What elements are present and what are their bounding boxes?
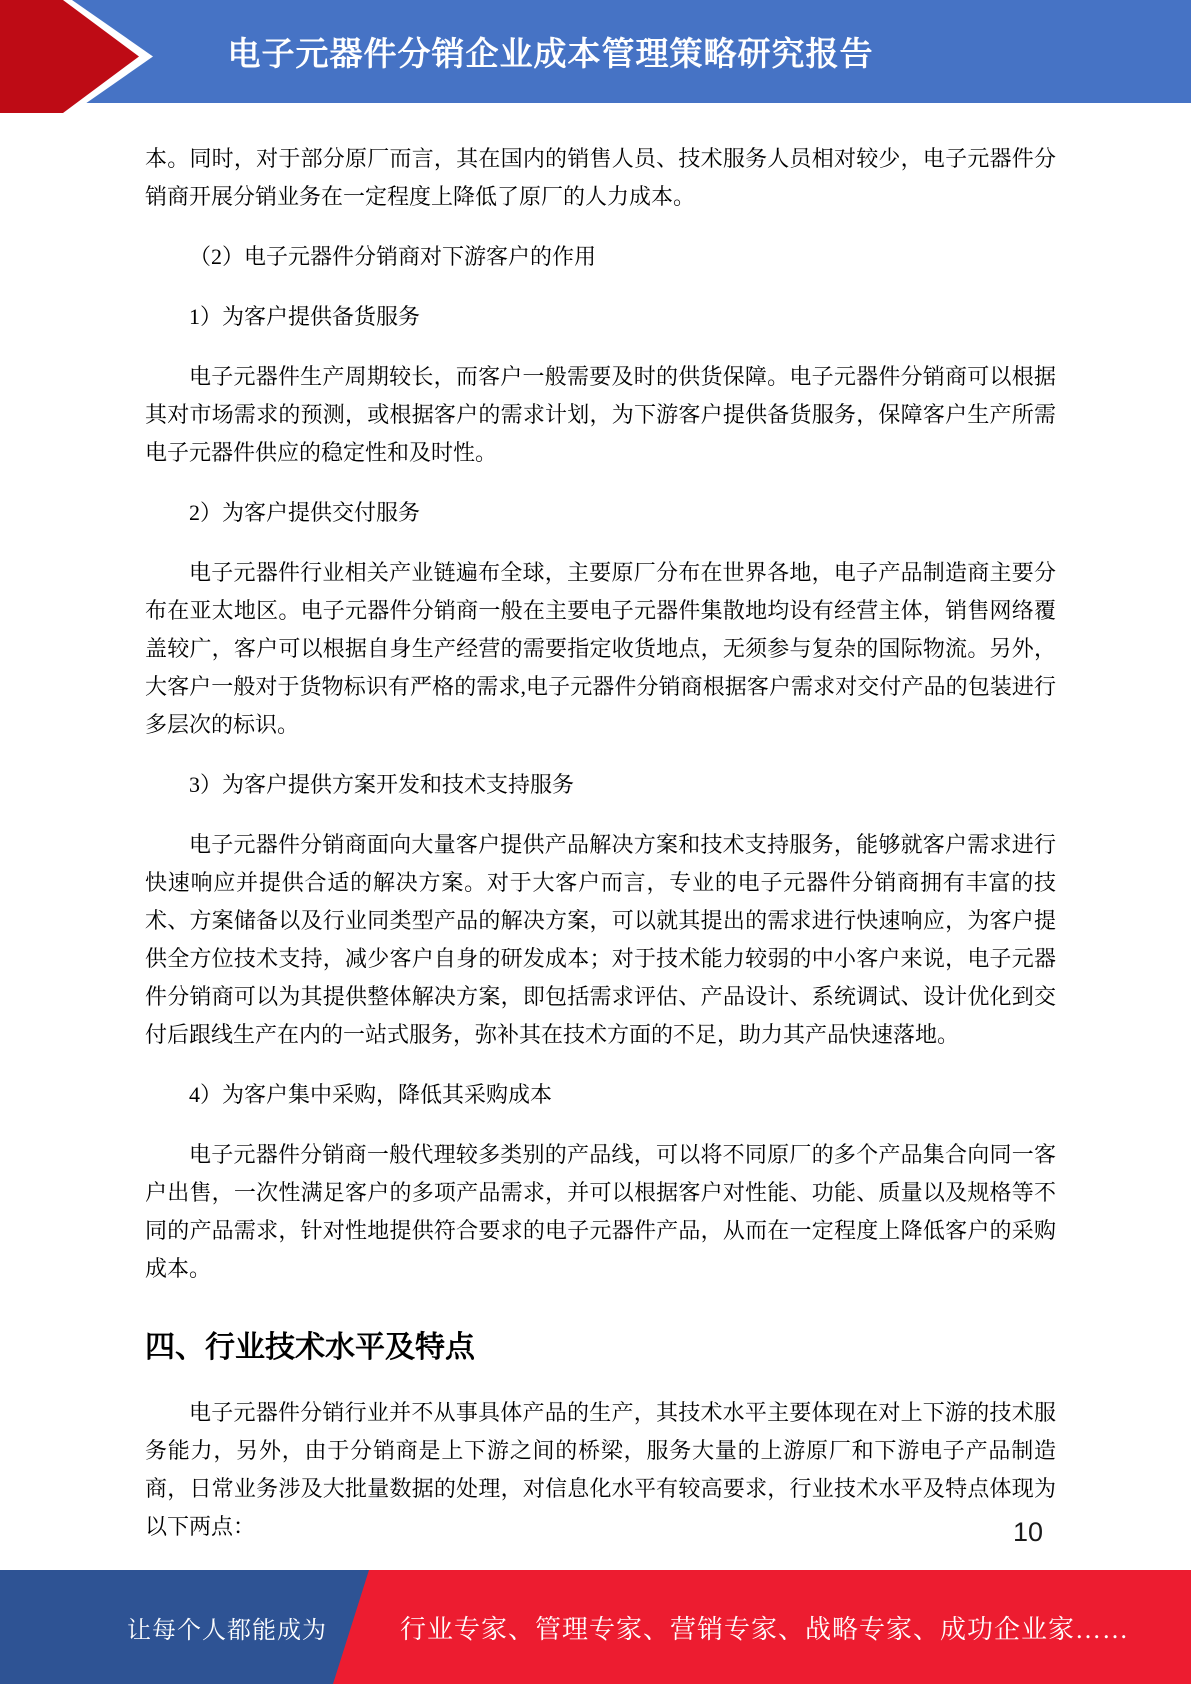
sub-heading: 3）为客户提供方案开发和技术支持服务 — [145, 766, 1056, 804]
footer-slogan-left: 让每个人都能成为 — [0, 1570, 327, 1684]
sub-heading: 1）为客户提供备货服务 — [145, 298, 1056, 336]
paragraph: 电子元器件行业相关产业链遍布全球，主要原厂分布在世界各地，电子产品制造商主要分布… — [145, 554, 1056, 744]
report-page: 电子元器件分销企业成本管理策略研究报告 本。同时，对于部分原厂而言，其在国内的销… — [0, 0, 1191, 1684]
section-heading: 四、行业技术水平及特点 — [145, 1326, 1056, 1370]
page-number: 10 — [1013, 1516, 1043, 1548]
footer-slogan-right: 行业专家、管理专家、营销专家、战略专家、成功企业家…… — [400, 1570, 1191, 1684]
paragraph: 电子元器件生产周期较长，而客户一般需要及时的供货保障。电子元器件分销商可以根据其… — [145, 358, 1056, 472]
document-body: 本。同时，对于部分原厂而言，其在国内的销售人员、技术服务人员相对较少，电子元器件… — [145, 140, 1056, 1546]
sub-heading: 2）为客户提供交付服务 — [145, 494, 1056, 532]
header-banner: 电子元器件分销企业成本管理策略研究报告 — [0, 0, 1191, 103]
paragraph: 电子元器件分销商面向大量客户提供产品解决方案和技术支持服务，能够就客户需求进行快… — [145, 826, 1056, 1054]
sub-heading: 4）为客户集中采购，降低其采购成本 — [145, 1076, 1056, 1114]
report-title: 电子元器件分销企业成本管理策略研究报告 — [0, 0, 1191, 103]
sub-heading: （2）电子元器件分销商对下游客户的作用 — [145, 238, 1056, 276]
paragraph: 电子元器件分销商一般代理较多类别的产品线，可以将不同原厂的多个产品集合向同一客户… — [145, 1136, 1056, 1288]
paragraph: 本。同时，对于部分原厂而言，其在国内的销售人员、技术服务人员相对较少，电子元器件… — [145, 140, 1056, 216]
footer-banner: 让每个人都能成为 行业专家、管理专家、营销专家、战略专家、成功企业家…… — [0, 1570, 1191, 1684]
paragraph: 电子元器件分销行业并不从事具体产品的生产，其技术水平主要体现在对上下游的技术服务… — [145, 1394, 1056, 1546]
